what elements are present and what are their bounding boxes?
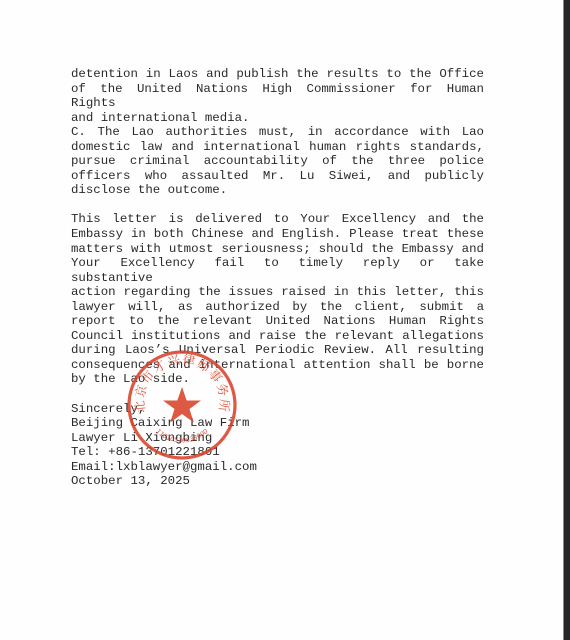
paragraph-item-c: C. The Lao authorities must, in accordan… bbox=[71, 125, 484, 198]
viewer-edge bbox=[563, 0, 570, 640]
letter-date: October 13, 2025 bbox=[71, 474, 484, 489]
firm-name: Beijing Caixing Law Firm bbox=[71, 416, 484, 431]
text-line: detention in Laos and publish the result… bbox=[71, 67, 484, 82]
text-line: and international media. bbox=[71, 111, 484, 126]
text-line: matters with utmost seriousness; should … bbox=[71, 242, 484, 257]
text-line: of the United Nations High Commissioner … bbox=[71, 82, 484, 111]
letter-body: detention in Laos and publish the result… bbox=[71, 67, 484, 489]
text-line: lawyer will, as authorized by the client… bbox=[71, 300, 484, 315]
text-line: This letter is delivered to Your Excelle… bbox=[71, 212, 484, 227]
document-page: detention in Laos and publish the result… bbox=[0, 0, 563, 640]
text-line: C. The Lao authorities must, in accordan… bbox=[71, 125, 484, 140]
text-line: during Laos’s Universal Periodic Review.… bbox=[71, 343, 484, 358]
text-line: disclose the outcome. bbox=[71, 183, 484, 198]
text-line: Council institutions and raise the relev… bbox=[71, 329, 484, 344]
signature-block: Sincerely, Beijing Caixing Law Firm Lawy… bbox=[71, 402, 484, 489]
text-line: pursue criminal accountability of the th… bbox=[71, 154, 484, 169]
text-line: by the Lao side. bbox=[71, 372, 484, 387]
text-line: consequences and international attention… bbox=[71, 358, 484, 373]
email: Email:lxblawyer@gmail.com bbox=[71, 460, 484, 475]
paragraph-delivery-notice: This letter is delivered to Your Excelle… bbox=[71, 212, 484, 387]
telephone: Tel: +86-13701221801 bbox=[71, 445, 484, 460]
closing: Sincerely, bbox=[71, 402, 484, 417]
text-line: action regarding the issues raised in th… bbox=[71, 285, 484, 300]
text-line: officers who assaulted Mr. Lu Siwei, and… bbox=[71, 169, 484, 184]
text-line: Your Excellency fail to timely reply or … bbox=[71, 256, 484, 285]
text-line: report to the relevant United Nations Hu… bbox=[71, 314, 484, 329]
paragraph-item-b-continuation: detention in Laos and publish the result… bbox=[71, 67, 484, 125]
text-line: domestic law and international human rig… bbox=[71, 140, 484, 155]
text-line: Embassy in both Chinese and English. Ple… bbox=[71, 227, 484, 242]
lawyer-name: Lawyer Li Xiongbing bbox=[71, 431, 484, 446]
